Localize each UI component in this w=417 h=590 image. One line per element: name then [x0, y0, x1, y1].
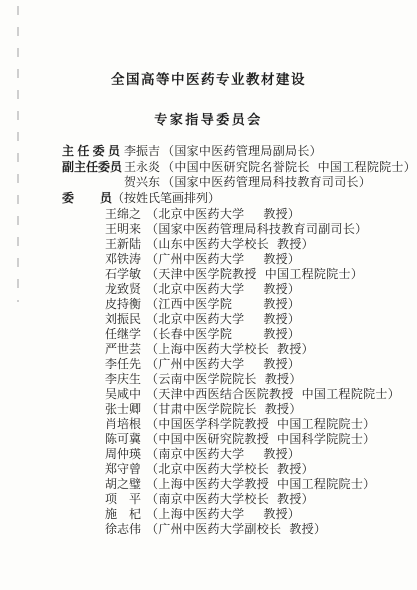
- member-row: 王新陆（山东中医药大学校长教授）: [105, 235, 417, 250]
- member-row: 王绵之（北京中医药大学教授）: [105, 205, 417, 220]
- paren-close: ）: [288, 327, 300, 341]
- paren-open: （: [146, 477, 158, 491]
- member-row: 吴咸中（天津中西医结合医院教授中国工程院院士）: [105, 385, 417, 400]
- paren-open: （: [146, 387, 158, 401]
- member-row: 刘振民（北京中医药大学教授）: [105, 310, 417, 325]
- paren-close: ）: [314, 522, 326, 536]
- affiliation-title: 教授: [263, 297, 288, 311]
- affiliation-title: 中国工程院院士: [277, 477, 363, 491]
- member-row: 严世芸（上海中医药大学校长教授）: [105, 340, 417, 355]
- member-row: 施 杞（上海中医药大学教授）: [105, 505, 417, 520]
- affiliation-title: 教授: [263, 207, 288, 221]
- members-section-label: 委员: [62, 189, 112, 206]
- affiliation-title: 教授: [277, 342, 302, 356]
- affiliation-title: 教授: [263, 252, 288, 266]
- paren-close: ）: [288, 357, 300, 371]
- affiliation-title: 教授: [277, 462, 302, 476]
- paren-close: ）: [302, 462, 314, 476]
- affiliation-org: 国家中医药管理局副局长: [174, 142, 309, 159]
- member-row: 任继学（长春中医学院教授）: [105, 325, 417, 340]
- officer-role-label: 副主任委员: [62, 158, 120, 175]
- paren-open: （: [146, 297, 158, 311]
- paren-close: ）: [302, 342, 314, 356]
- paren-close: ）: [363, 432, 375, 446]
- affiliation-org: 国家中医药管理局科技教育司司长: [174, 173, 359, 190]
- paren-close: ）: [351, 267, 363, 281]
- paren-open: （: [162, 175, 174, 189]
- paren-close: ）: [288, 312, 300, 326]
- member-row: 石学敏（天津中医学院教授中国工程院院士）: [105, 265, 417, 280]
- members-list: 王绵之（北京中医药大学教授）王明来（国家中医药管理局科技教育司副司长）王新陆（山…: [105, 205, 417, 535]
- member-row: 张士卿（甘肃中医学院院长教授）: [105, 400, 417, 415]
- document-title: 全国高等中医药专业教材建设: [0, 0, 417, 88]
- affiliation-title: 教授: [263, 447, 288, 461]
- paren-open: （: [146, 342, 158, 356]
- paren-open: （: [146, 222, 158, 236]
- members-header-row: 委员 （按姓氏笔画排列）: [62, 189, 417, 205]
- member-row: 李任先（广州中医药大学教授）: [105, 355, 417, 370]
- paren-open: （: [146, 282, 158, 296]
- affiliation-title: 中国工程院院士: [318, 160, 404, 174]
- paren-close: ）: [288, 252, 300, 266]
- affiliation: （中国中医研究院名誉院长中国工程院院士）: [162, 158, 416, 175]
- affiliation-title: 教授: [289, 522, 314, 536]
- affiliation-title: 教授: [263, 507, 288, 521]
- paren-close: ）: [288, 297, 300, 311]
- paren-close: ）: [288, 282, 300, 296]
- officers-section: 主任委员李振吉（国家中医药管理局副局长）副主任委员王永炎（中国中医研究院名誉院长…: [62, 142, 417, 189]
- member-row: 周仲瑛（南京中医药大学教授）: [105, 445, 417, 460]
- officer-row: 贺兴东（国家中医药管理局科技教育司司长）: [62, 173, 417, 189]
- officer-row: 副主任委员王永炎（中国中医研究院名誉院长中国工程院院士）: [62, 158, 417, 174]
- paren-close: ）: [310, 144, 322, 158]
- paren-close: ）: [288, 447, 300, 461]
- member-row: 王明来（国家中医药管理局科技教育司副司长）: [105, 220, 417, 235]
- page-edge-crop-mark: [17, 6, 19, 302]
- paren-open: （: [146, 357, 158, 371]
- paren-open: （: [162, 160, 174, 174]
- paren-close: ）: [289, 372, 301, 386]
- member-row: 李庆生（云南中医学院院长教授）: [105, 370, 417, 385]
- affiliation-title: 教授: [265, 372, 290, 386]
- member-row: 徐志伟（广州中医药大学副校长教授）: [105, 520, 417, 535]
- affiliation-title: 教授: [263, 312, 288, 326]
- members-sort-note: （按姓氏笔画排列）: [112, 189, 220, 206]
- paren-close: ）: [289, 402, 301, 416]
- officer-name: 王永炎: [124, 158, 162, 175]
- member-row: 陈可冀（中国中医研究院教授中国科学院院士）: [105, 430, 417, 445]
- paren-open: （: [146, 417, 158, 431]
- affiliation-title: 中国工程院院士: [265, 267, 351, 281]
- affiliation-org: 广州中医药大学副校长: [158, 520, 281, 537]
- paren-open: （: [146, 522, 158, 536]
- affiliation: （广州中医药大学副校长教授）: [146, 520, 326, 537]
- affiliation-title: 中国科学院院士: [277, 432, 363, 446]
- paren-close: ）: [302, 492, 314, 506]
- paren-open: （: [146, 207, 158, 221]
- paren-close: ）: [302, 237, 314, 251]
- affiliation-title: 中国工程院院士: [277, 417, 363, 431]
- paren-close: ）: [404, 160, 416, 174]
- affiliation-title: 教授: [263, 282, 288, 296]
- paren-open: （: [146, 252, 158, 266]
- paren-open: （: [146, 447, 158, 461]
- member-row: 郑守曾（北京中医药大学校长教授）: [105, 460, 417, 475]
- scanned-document-page: 全国高等中医药专业教材建设 专家指导委员会 主任委员李振吉（国家中医药管理局副局…: [0, 0, 417, 590]
- officer-name: 贺兴东: [124, 173, 162, 190]
- affiliation: （国家中医药管理局科技教育司司长）: [162, 173, 371, 190]
- paren-open: （: [146, 267, 158, 281]
- paren-close: ）: [355, 222, 367, 236]
- affiliation: （国家中医药管理局副局长）: [162, 142, 322, 159]
- paren-close: ）: [288, 507, 300, 521]
- paren-open: （: [146, 432, 158, 446]
- paren-open: （: [146, 312, 158, 326]
- paren-open: （: [146, 462, 158, 476]
- paren-open: （: [146, 372, 158, 386]
- affiliation-title: 教授: [263, 357, 288, 371]
- paren-close: ）: [363, 477, 375, 491]
- paren-open: （: [146, 492, 158, 506]
- member-row: 项 平（南京中医药大学校长教授）: [105, 490, 417, 505]
- affiliation-org: 中国中医研究院名誉院长: [174, 158, 309, 175]
- committee-subtitle: 专家指导委员会: [0, 109, 417, 128]
- paren-open: （: [146, 327, 158, 341]
- affiliation-title: 教授: [277, 492, 302, 506]
- officer-row: 主任委员李振吉（国家中医药管理局副局长）: [62, 142, 417, 158]
- paren-open: （: [162, 144, 174, 158]
- paren-open: （: [146, 507, 158, 521]
- member-row: 胡之璧（上海中医药大学教授中国工程院院士）: [105, 475, 417, 490]
- member-row: 肖培根（中国医学科学院教授中国工程院院士）: [105, 415, 417, 430]
- paren-close: ）: [388, 387, 400, 401]
- paren-open: （: [146, 402, 158, 416]
- affiliation-title: 教授: [277, 237, 302, 251]
- paren-close: ）: [288, 207, 300, 221]
- affiliation-title: 中国工程院院士: [302, 387, 388, 401]
- member-name: 徐志伟: [105, 520, 146, 537]
- member-row: 邓铁涛（广州中医药大学教授）: [105, 250, 417, 265]
- affiliation-title: 教授: [263, 327, 288, 341]
- paren-close: ）: [359, 175, 371, 189]
- affiliation-title: 教授: [265, 402, 290, 416]
- officer-name: 李振吉: [124, 142, 162, 159]
- officer-role-label: 主任委员: [62, 142, 120, 159]
- member-row: 龙致贤（北京中医药大学教授）: [105, 280, 417, 295]
- paren-close: ）: [363, 417, 375, 431]
- paren-open: （: [146, 237, 158, 251]
- member-row: 皮持衡（江西中医学院教授）: [105, 295, 417, 310]
